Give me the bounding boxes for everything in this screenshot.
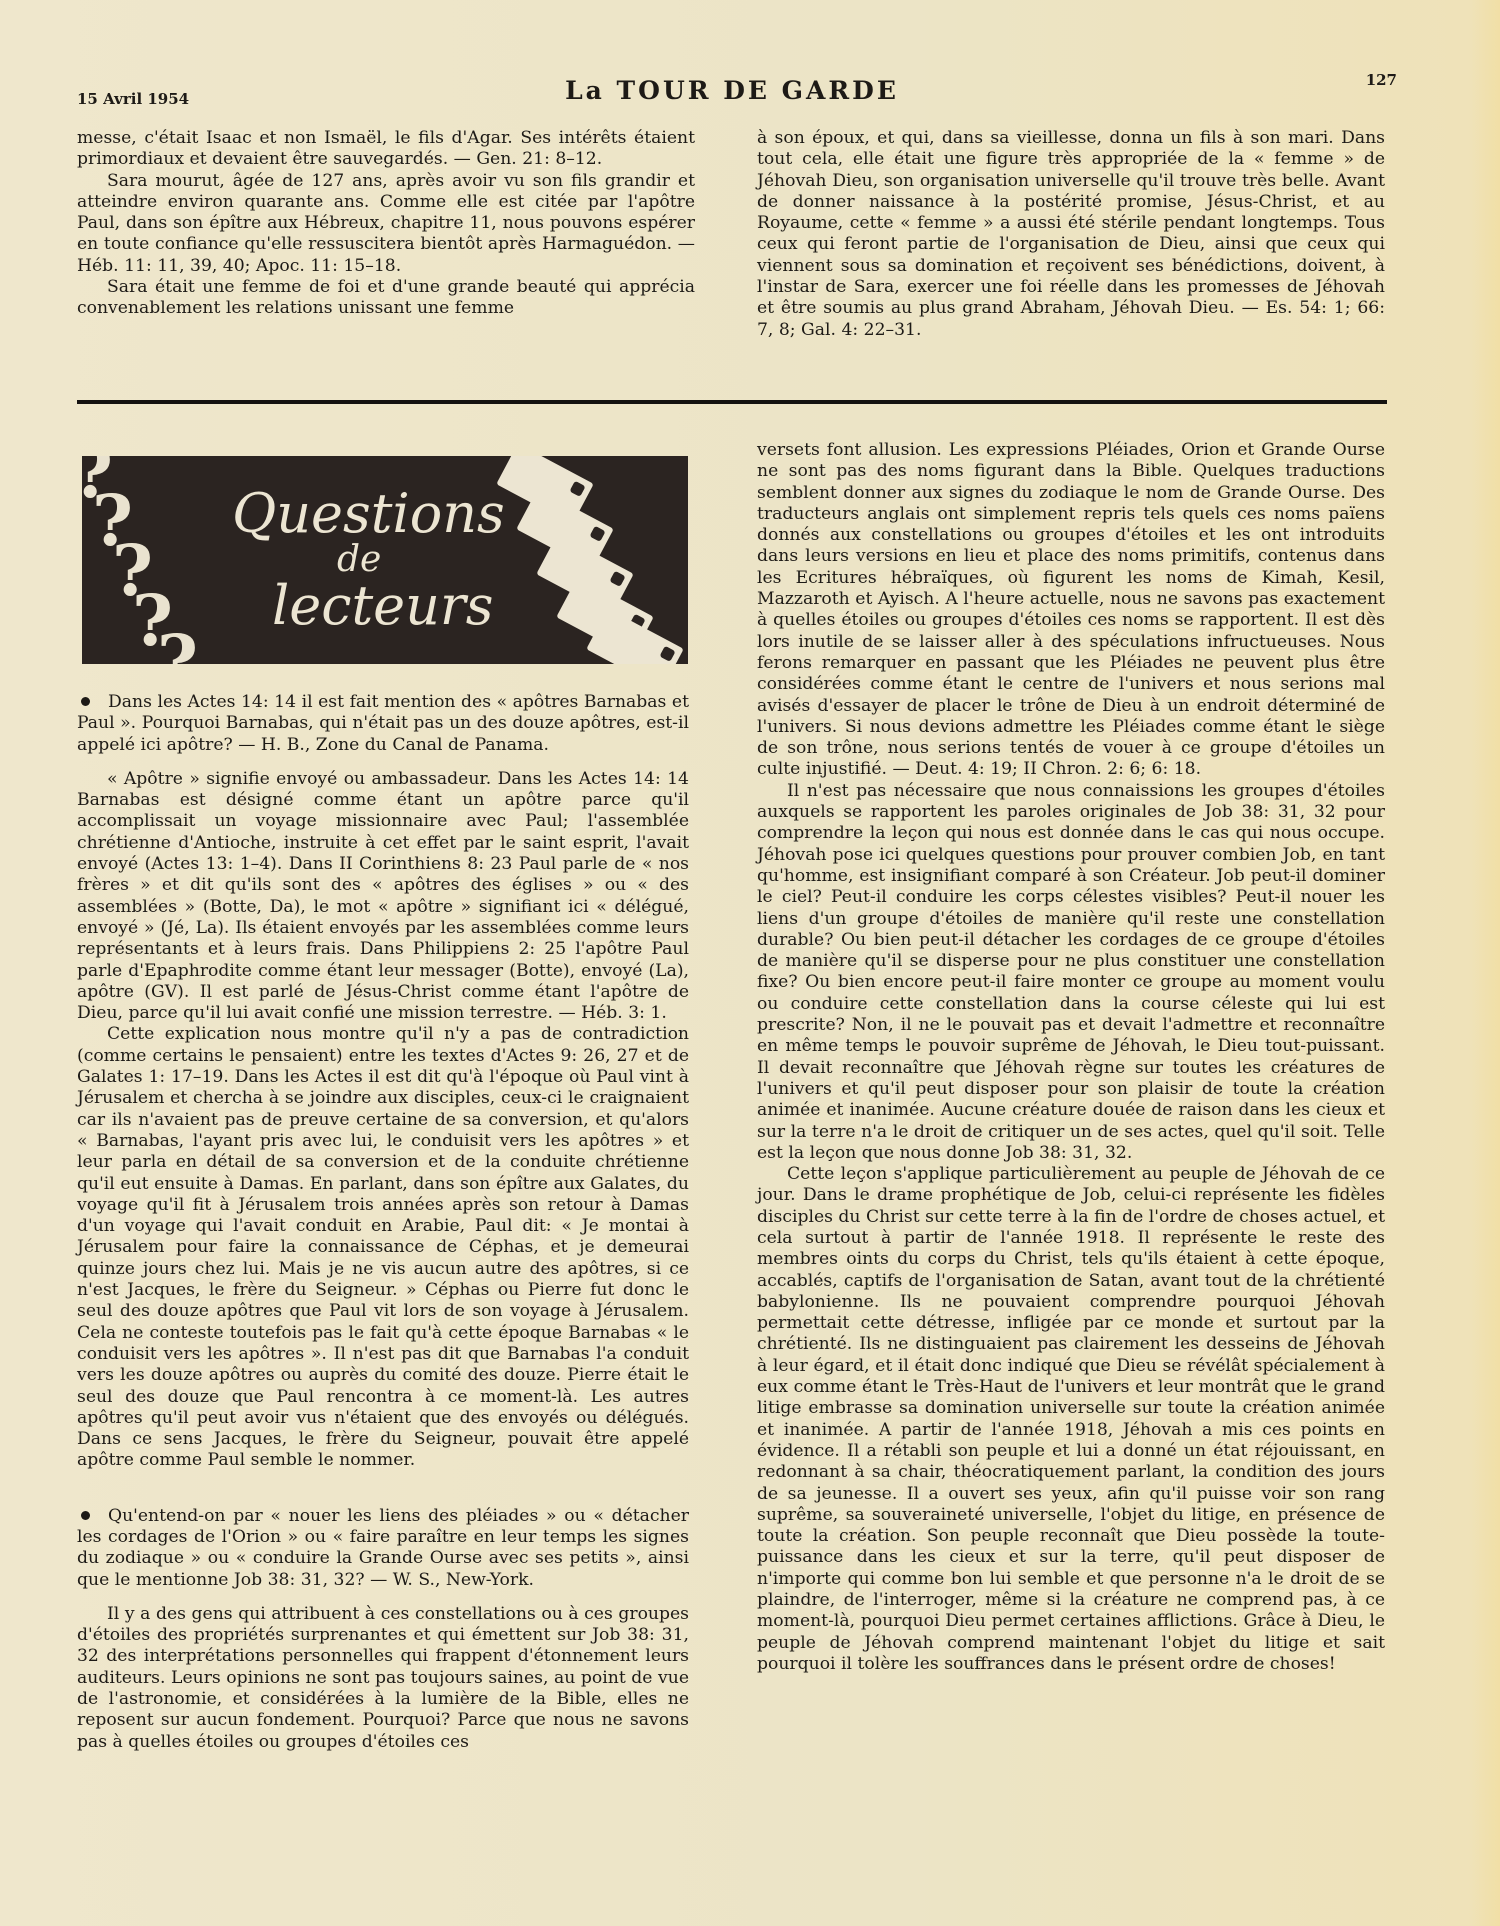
answer-paragraph: Il n'est pas nécessaire que nous connais…: [757, 781, 1385, 1164]
questions-banner: ? ? ? ? ? Questions de lecteurs: [82, 456, 688, 664]
paragraph: à son époux, et qui, dans sa vieillesse,…: [757, 128, 1385, 341]
question-mark-icon: ?: [157, 626, 198, 664]
answer-paragraph: Il y a des gens qui attribuent à ces con…: [77, 1604, 689, 1753]
reader-question: Qu'entend-on par « nouer les liens des p…: [77, 1506, 689, 1591]
page-header: 15 Avril 1954 La TOUR DE GARDE 127: [77, 68, 1387, 108]
questions-right-column: versets font allusion. Les expressions P…: [757, 440, 1385, 1675]
bullet-icon: [81, 697, 90, 706]
answer-paragraph: Cette explication nous montre qu'il n'y …: [77, 1024, 689, 1471]
answer-paragraph: Cette leçon s'applique particulièrement …: [757, 1164, 1385, 1675]
answer-paragraph: « Apôtre » signifie envoyé ou ambassadeu…: [77, 769, 689, 1025]
banner-title: Questions de lecteurs: [232, 486, 505, 634]
top-article-left-column: messe, c'était Isaac et non Ismaël, le f…: [77, 128, 695, 320]
paragraph: Sara était une femme de foi et d'une gra…: [77, 277, 695, 320]
questions-left-column: Dans les Actes 14: 14 il est fait mentio…: [77, 692, 689, 1753]
paragraph: Sara mourut, âgée de 127 ans, après avoi…: [77, 171, 695, 277]
reader-question: Dans les Actes 14: 14 il est fait mentio…: [77, 692, 689, 756]
top-article-right-column: à son époux, et qui, dans sa vieillesse,…: [757, 128, 1385, 341]
bullet-icon: [81, 1511, 90, 1520]
paper-edge: [1470, 0, 1500, 1926]
paragraph: messe, c'était Isaac et non Ismaël, le f…: [77, 128, 695, 171]
page-number: 127: [1366, 71, 1397, 89]
section-divider: [77, 400, 1387, 404]
answer-paragraph: versets font allusion. Les expressions P…: [757, 440, 1385, 781]
masthead-title: La TOUR DE GARDE: [77, 76, 1387, 105]
